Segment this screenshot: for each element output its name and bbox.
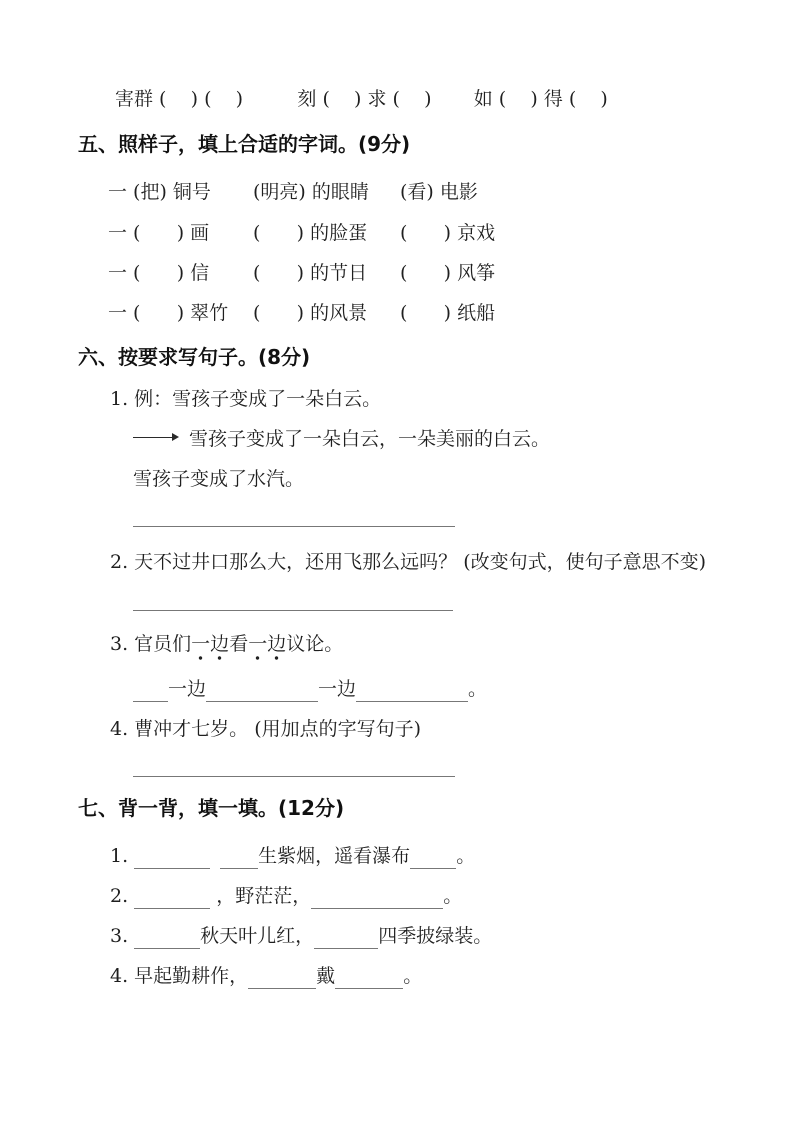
text-run: (明亮) 的眼睛 (253, 179, 400, 205)
fill-in-blank (356, 687, 468, 702)
text-run: 生紫烟，遥看瀑布 (258, 845, 410, 867)
q2-answer-line (133, 595, 453, 611)
section-5-heading: 五、照样子，填上合适的字词。(9分) (78, 131, 410, 157)
section-5-fill-row: 一 ( ) 信( ) 的节日( ) 风筝 (108, 260, 495, 286)
section-6-heading: 六、按要求写句子。(8分) (78, 344, 310, 370)
text-run: 1. (110, 845, 134, 867)
text-run: 一 (把) 铜号 (108, 179, 253, 205)
text-run: ，野茫茫， (210, 885, 311, 907)
text-run: 2. (110, 885, 134, 907)
text-run: ( ) 风筝 (400, 260, 495, 286)
fill-in-blank (133, 596, 453, 611)
emphasis-dotted-text: 一边 (191, 633, 229, 661)
text-run: 3. (110, 925, 134, 947)
section-5-fill-row: 一 ( ) 翠竹( ) 的风景( ) 纸船 (108, 300, 495, 326)
text-run: 一 ( ) 信 (108, 260, 253, 286)
fill-in-blank (248, 974, 316, 989)
text-run: ( ) 纸船 (400, 300, 495, 326)
q3-pattern-line: 一边一边。 (133, 676, 487, 702)
fill-in-blank (133, 762, 455, 777)
q2-sentence: 2. 天不过井口那么大，还用飞那么远吗？ (改变句式，使句子意思不变) (110, 549, 706, 575)
text-run: 议论。 (286, 633, 343, 655)
q4-answer-line (133, 761, 455, 777)
text-run: 3. 官员们 (110, 633, 191, 655)
fill-in-blank (133, 512, 455, 527)
text-run: ( ) 的风景 (253, 300, 400, 326)
text-run: 雪孩子变成了一朵白云，一朵美丽的白云。 (189, 428, 550, 450)
section-5-fill-row: 一 ( ) 画( ) 的脸蛋( ) 京戏 (108, 220, 495, 246)
idiom-completion-row: 害群 ( ) ( ) 刻 ( ) 求 ( ) 如 ( ) 得 ( ) (115, 86, 608, 112)
recite-line-2: 2. ，野茫茫，。 (110, 883, 462, 909)
text-run: 4. 早起勤耕作， (110, 965, 248, 987)
fill-in-blank (311, 894, 443, 909)
q1-practice-sentence: 雪孩子变成了水汽。 (133, 466, 304, 492)
text-run: 戴 (316, 965, 335, 987)
text-run: 。 (468, 678, 487, 700)
q3-sentence: 3. 官员们一边看一边议论。 (110, 631, 343, 657)
q1-answer-line (133, 511, 455, 527)
q4-sentence: 4. 曹冲才七岁。 (用加点的字写句子) (110, 716, 421, 742)
text-run: 。 (443, 885, 462, 907)
text-run: 一 ( ) 翠竹 (108, 300, 253, 326)
text-run: (看) 电影 (400, 179, 478, 205)
recite-line-4: 4. 早起勤耕作，戴。 (110, 963, 422, 989)
text-run: 秋天叶儿红， (200, 925, 314, 947)
text-run: 一边 (168, 678, 206, 700)
section-5-example-row: 一 (把) 铜号(明亮) 的眼睛(看) 电影 (108, 179, 478, 205)
text-run: ( ) 的脸蛋 (253, 220, 400, 246)
text-run: 看 (229, 633, 248, 655)
text-run: 。 (456, 845, 475, 867)
fill-in-blank (134, 894, 210, 909)
fill-in-blank (134, 854, 210, 869)
fill-in-blank (220, 854, 258, 869)
q1-rewritten-sentence: 雪孩子变成了一朵白云，一朵美丽的白云。 (133, 426, 550, 452)
recite-line-3: 3. 秋天叶儿红，四季披绿装。 (110, 923, 492, 949)
fill-in-blank (335, 974, 403, 989)
recite-line-1: 1. 生紫烟，遥看瀑布。 (110, 843, 475, 869)
right-arrow-icon (133, 431, 179, 443)
spacer (210, 861, 220, 862)
text-run: 四季披绿装。 (378, 925, 492, 947)
text-run: 一边 (318, 678, 356, 700)
fill-in-blank (314, 934, 378, 949)
fill-in-blank (206, 687, 318, 702)
worksheet-page: 害群 ( ) ( ) 刻 ( ) 求 ( ) 如 ( ) 得 ( ) 五、照样子… (0, 0, 793, 1122)
fill-in-blank (410, 854, 456, 869)
text-run: 一 ( ) 画 (108, 220, 253, 246)
emphasis-dotted-text: 一边 (248, 633, 286, 661)
q1-example-sentence: 1. 例：雪孩子变成了一朵白云。 (110, 386, 381, 412)
fill-in-blank (133, 687, 168, 702)
text-run: ( ) 京戏 (400, 220, 495, 246)
section-7-heading: 七、背一背，填一填。(12分) (78, 795, 344, 821)
text-run: 。 (403, 965, 422, 987)
text-run: ( ) 的节日 (253, 260, 400, 286)
fill-in-blank (134, 934, 200, 949)
